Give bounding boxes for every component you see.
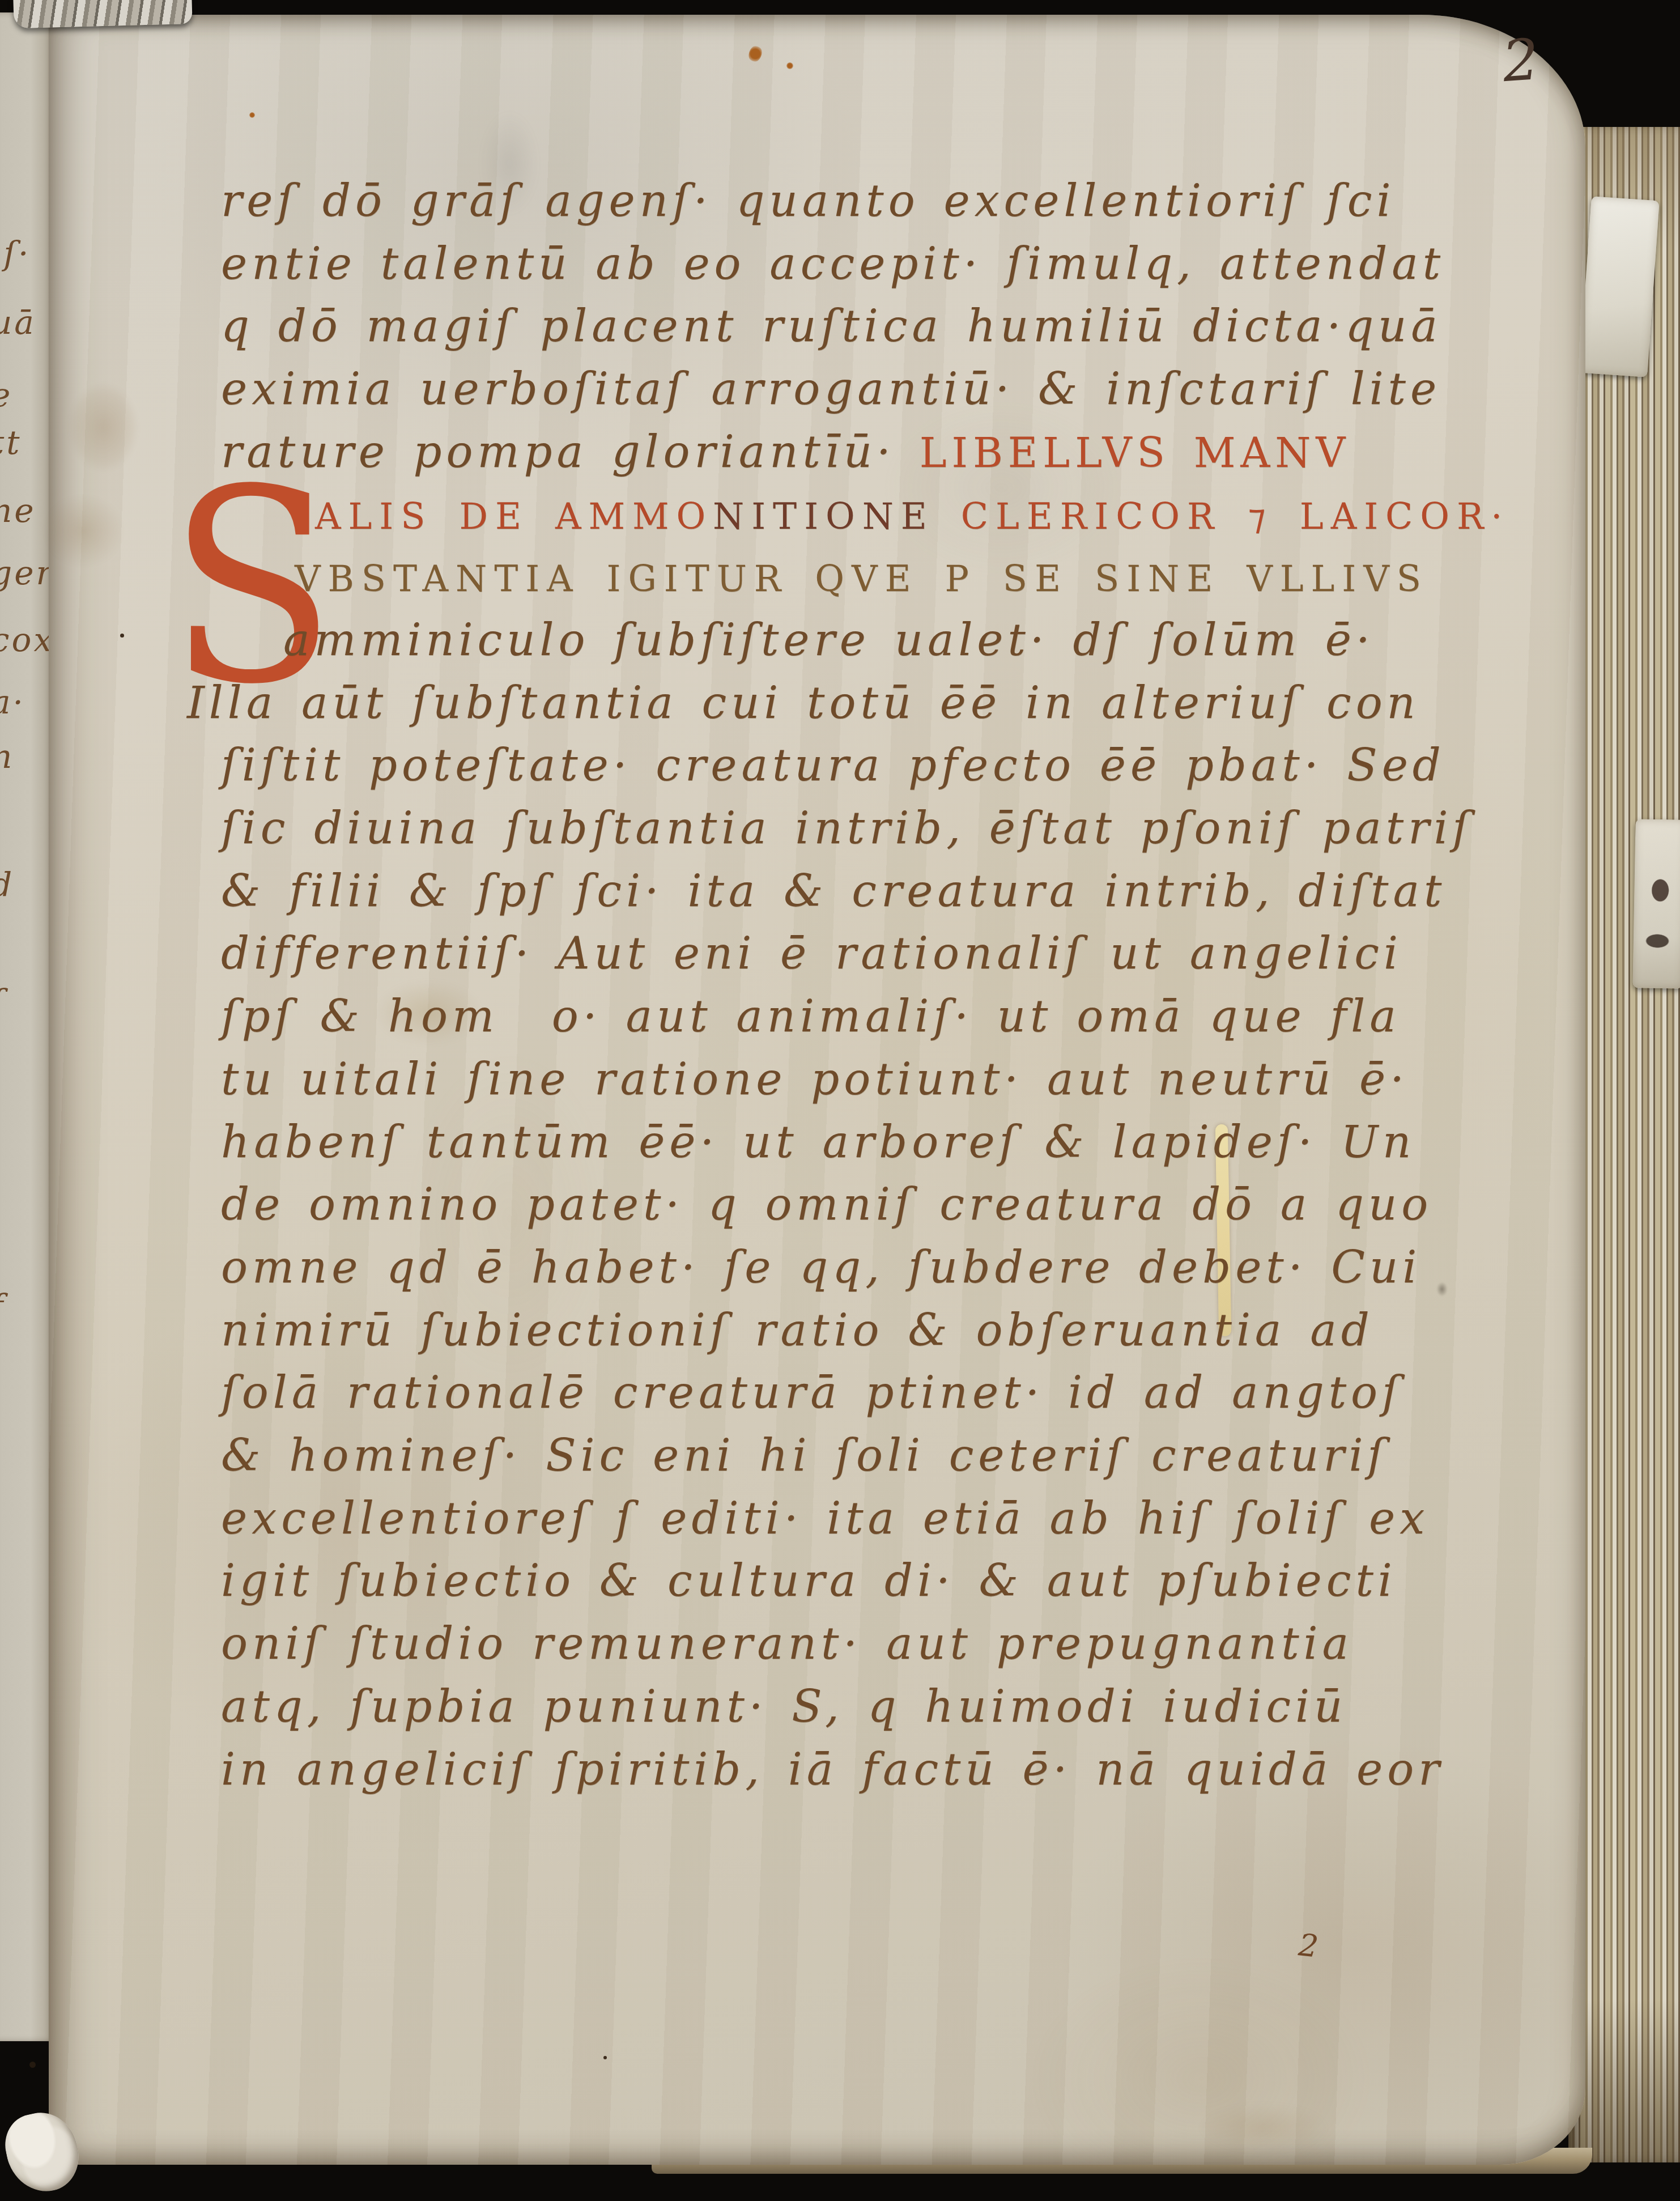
manuscript-line-segment: ſpſ & hom o· aut animaliſ· ut omā que fl… xyxy=(221,991,1401,1042)
manuscript-line-segment: habenſ tantūm ēē· ut arboreſ & lapideſ· … xyxy=(221,1117,1415,1168)
manuscript-line-segment: oniſ ſtudio remunerant· aut prepugnantia xyxy=(221,1618,1353,1669)
manuscript-line-segment: CLERICOR ⁊ LAICOR· xyxy=(934,496,1510,537)
manuscript-line: habenſ tantūm ēē· ut arboreſ & lapideſ· … xyxy=(221,1120,1415,1165)
manuscript-line: q dō magiſ placent ruſtica humiliū dicta… xyxy=(221,304,1442,349)
manuscript-line: VBSTANTIA IGITUR QVE P SE SINE VLLIVS xyxy=(295,555,1428,597)
manuscript-line: tu uitali ſine ratione potiunt· aut neut… xyxy=(221,1057,1409,1102)
manuscript-line: atq, ſupbia puniunt· S, q huimodi iudici… xyxy=(221,1685,1347,1729)
manuscript-line: ſic diuina ſubſtantia intrib, ēſtat pſon… xyxy=(221,806,1473,851)
manuscript-line: differentiiſ· Aut eni ē rationaliſ ut an… xyxy=(221,932,1402,976)
manuscript-line: excellentioreſ ſ editi· ita etiā ab hiſ … xyxy=(221,1497,1429,1541)
manuscript-photo: { "page": { "folio_number": "2", "quire_… xyxy=(0,0,1680,2201)
manuscript-line: in angeliciſ ſpiritib, iā factū ē· nā qu… xyxy=(221,1748,1444,1792)
manuscript-line-segment: ſolā rationalē creaturā ptinet· id ad an… xyxy=(221,1367,1403,1418)
manuscript-line: ſiſtit poteſtate· creatura pfecto ēē pba… xyxy=(221,743,1445,788)
manuscript-line-segment: in angeliciſ ſpiritib, iā factū ē· nā qu… xyxy=(221,1744,1444,1795)
manuscript-line: reſ dō grāſ agenſ· quanto excellentioriſ… xyxy=(221,179,1395,223)
manuscript-line: igit ſubiectio & cultura di· & aut pſubi… xyxy=(221,1559,1397,1603)
manuscript-line-segment: excellentioreſ ſ editi· ita etiā ab hiſ … xyxy=(221,1493,1429,1544)
manuscript-line-segment: & filii & ſpſ ſci· ita & creatura intrib… xyxy=(221,866,1446,917)
manuscript-line-segment: igit ſubiectio & cultura di· & aut pſubi… xyxy=(221,1556,1397,1607)
manuscript-line: rature pompa gloriantīū· LIBELLVS MANV xyxy=(221,430,1350,474)
manuscript-line: entie talentū ab eo accepit· ſimulq, att… xyxy=(221,242,1445,286)
manuscript-line-segment: q dō magiſ placent ruſtica humiliū dicta… xyxy=(221,301,1442,352)
manuscript-line-segment: rature pompa gloriantīū· xyxy=(221,427,920,478)
manuscript-line-segment: atq, ſupbia puniunt· S, q huimodi iudici… xyxy=(221,1681,1347,1732)
manuscript-line-segment: omne qd ē habet· ſe qq, ſubdere debet· C… xyxy=(221,1242,1421,1293)
manuscript-line-segment: ſiſtit poteſtate· creatura pfecto ēē pba… xyxy=(221,740,1445,791)
manuscript-line-segment: nimirū ſubiectioniſ ratio & obſeruantia … xyxy=(221,1305,1374,1356)
manuscript-line-segment: differentiiſ· Aut eni ē rationaliſ ut an… xyxy=(221,928,1402,979)
manuscript-line-segment: amminiculo ſubſiſtere ualet· dſ ſolūm ē· xyxy=(283,615,1375,666)
manuscript-line-segment: VBSTANTIA IGITUR QVE P SE SINE VLLIVS xyxy=(295,558,1428,600)
manuscript-line: omne qd ē habet· ſe qq, ſubdere debet· C… xyxy=(221,1246,1421,1290)
manuscript-line-segment: LIBELLVS MANV xyxy=(920,429,1351,477)
manuscript-line: ſolā rationalē creaturā ptinet· id ad an… xyxy=(221,1371,1403,1415)
manuscript-line: & filii & ſpſ ſci· ita & creatura intrib… xyxy=(221,869,1446,913)
manuscript-line-segment: & homineſ· Sic eni hi ſoli ceteriſ creat… xyxy=(221,1430,1388,1481)
manuscript-line-segment: tu uitali ſine ratione potiunt· aut neut… xyxy=(221,1054,1409,1105)
manuscript-line-segment: reſ dō grāſ agenſ· quanto excellentioriſ… xyxy=(221,176,1395,227)
manuscript-line: ALIS DE AMMONITIONE CLERICOR ⁊ LAICOR· xyxy=(315,493,1509,534)
manuscript-line-segment: eximia uerboſitaſ arrogantiū· & inſctari… xyxy=(221,364,1441,415)
manuscript-line: & homineſ· Sic eni hi ſoli ceteriſ creat… xyxy=(221,1434,1388,1478)
manuscript-line-segment: ALIS DE AMMO xyxy=(315,496,713,537)
manuscript-line-segment: NITIONE xyxy=(713,496,934,537)
manuscript-line: oniſ ſtudio remunerant· aut prepugnantia xyxy=(221,1622,1353,1666)
manuscript-line: Illa aūt ſubſtantia cui totū ēē in alter… xyxy=(187,681,1420,725)
manuscript-line: eximia uerboſitaſ arrogantiū· & inſctari… xyxy=(221,367,1441,411)
manuscript-line: amminiculo ſubſiſtere ualet· dſ ſolūm ē· xyxy=(283,618,1375,662)
manuscript-line-segment: de omnino patet· q omniſ creatura dō a q… xyxy=(221,1179,1432,1230)
manuscript-line-segment: entie talentū ab eo accepit· ſimulq, att… xyxy=(221,239,1445,290)
manuscript-line: de omnino patet· q omniſ creatura dō a q… xyxy=(221,1183,1432,1227)
manuscript-line: nimirū ſubiectioniſ ratio & obſeruantia … xyxy=(221,1308,1374,1353)
text-block: reſ dō grāſ agenſ· quanto excellentioriſ… xyxy=(0,0,1680,2201)
manuscript-line: ſpſ & hom o· aut animaliſ· ut omā que fl… xyxy=(221,995,1401,1039)
manuscript-line-segment: Illa aūt ſubſtantia cui totū ēē in alter… xyxy=(187,678,1420,729)
manuscript-line-segment: ſic diuina ſubſtantia intrib, ēſtat pſon… xyxy=(221,803,1473,854)
